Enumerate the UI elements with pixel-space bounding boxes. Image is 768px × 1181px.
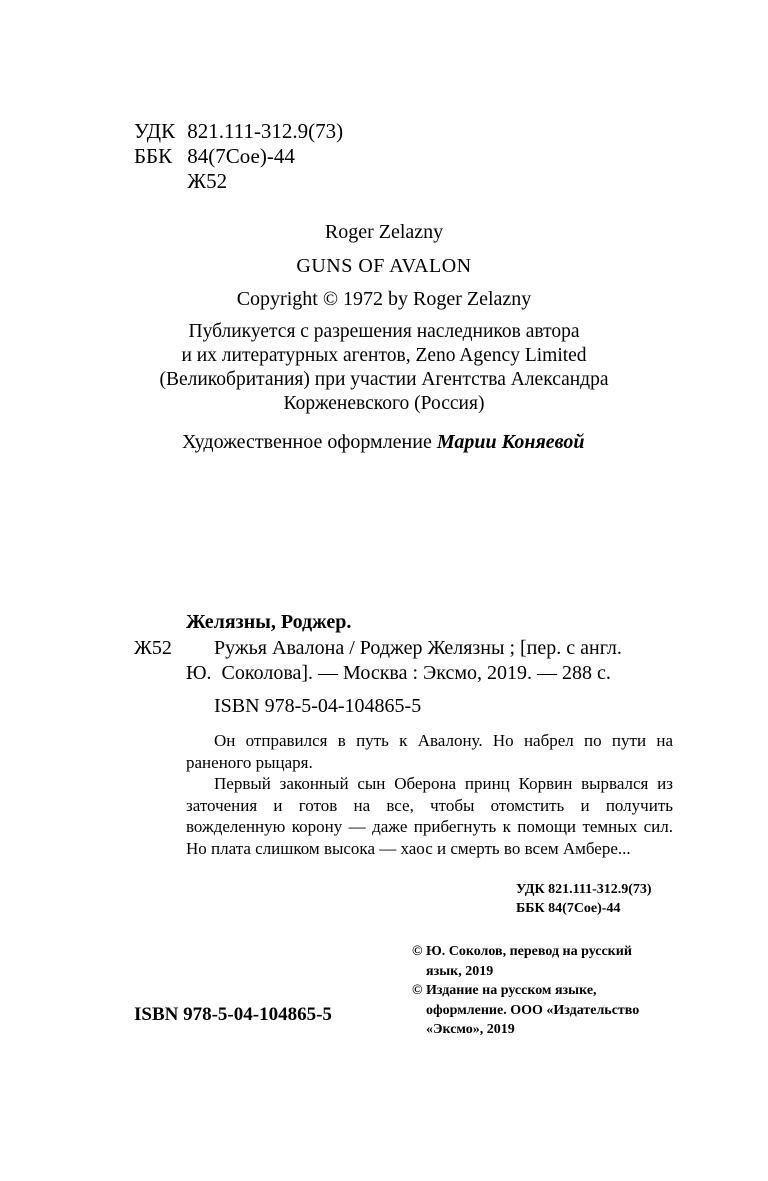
annotation: Он отправился в путь к Авалону. Но набре… bbox=[186, 730, 673, 859]
annotation-paragraph: Первый законный сын Оберона принц Корвин… bbox=[186, 773, 673, 859]
bbk-label: ББК bbox=[134, 144, 182, 169]
footer-classification: УДК 821.111-312.9(73) ББК 84(7Сое)-44 bbox=[516, 880, 652, 918]
edition-copyright-line: «Эксмо», 2019 bbox=[412, 1020, 639, 1040]
edition-copyright-line: © Издание на русском языке, bbox=[412, 981, 639, 1001]
bottom-isbn: ISBN 978-5-04-104865-5 bbox=[134, 1004, 332, 1026]
udk-value: 821.111-312.9(73) bbox=[187, 119, 343, 143]
edition-copyright-line: оформление. ООО «Издательство bbox=[412, 1001, 639, 1021]
design-credit-artist: Марии Коняевой bbox=[437, 431, 585, 453]
catalog-heading: Желязны, Роджер. bbox=[186, 610, 351, 635]
translation-copyright-line: язык, 2019 bbox=[412, 962, 639, 982]
original-copyright: Copyright © 1972 by Roger Zelazny bbox=[0, 288, 768, 311]
catalog-isbn: ISBN 978-5-04-104865-5 bbox=[214, 694, 421, 719]
permission-line: Публикуется с разрешения наследников авт… bbox=[0, 320, 768, 344]
permission-notice: Публикуется с разрешения наследников авт… bbox=[0, 320, 768, 416]
design-credit-prefix: Художественное оформление bbox=[182, 431, 437, 453]
udk-label: УДК bbox=[134, 119, 182, 144]
copyright-block: © Ю. Соколов, перевод на русский язык, 2… bbox=[412, 942, 639, 1040]
catalog-mark: Ж52 bbox=[134, 636, 172, 661]
original-title: GUNS OF AVALON bbox=[0, 255, 768, 278]
footer-bbk: ББК 84(7Сое)-44 bbox=[516, 899, 652, 918]
permission-line: Корженевского (Россия) bbox=[0, 392, 768, 416]
udk-line: УДК 821.111-312.9(73) bbox=[134, 119, 343, 144]
classification-block: УДК 821.111-312.9(73) ББК 84(7Сое)-44 Ж5… bbox=[134, 119, 343, 194]
author-mark: Ж52 bbox=[187, 169, 227, 193]
annotation-paragraph: Он отправился в путь к Авалону. Но набре… bbox=[186, 730, 673, 773]
design-credit: Художественное оформление Марии Коняевой bbox=[182, 431, 584, 454]
footer-udk: УДК 821.111-312.9(73) bbox=[516, 880, 652, 899]
author-mark-line: Ж52 bbox=[134, 169, 343, 194]
permission-line: (Великобритания) при участии Агентства А… bbox=[0, 368, 768, 392]
bbk-value: 84(7Сое)-44 bbox=[187, 144, 295, 168]
original-author: Roger Zelazny bbox=[0, 221, 768, 244]
catalog-line-1: Ружья Авалона / Роджер Желязны ; [пер. с… bbox=[214, 636, 622, 661]
permission-line: и их литературных агентов, Zeno Agency L… bbox=[0, 344, 768, 368]
catalog-line-2: Ю. Соколова]. — Москва : Эксмо, 2019. — … bbox=[186, 661, 611, 686]
bbk-line: ББК 84(7Сое)-44 bbox=[134, 144, 343, 169]
translation-copyright-line: © Ю. Соколов, перевод на русский bbox=[412, 942, 639, 962]
